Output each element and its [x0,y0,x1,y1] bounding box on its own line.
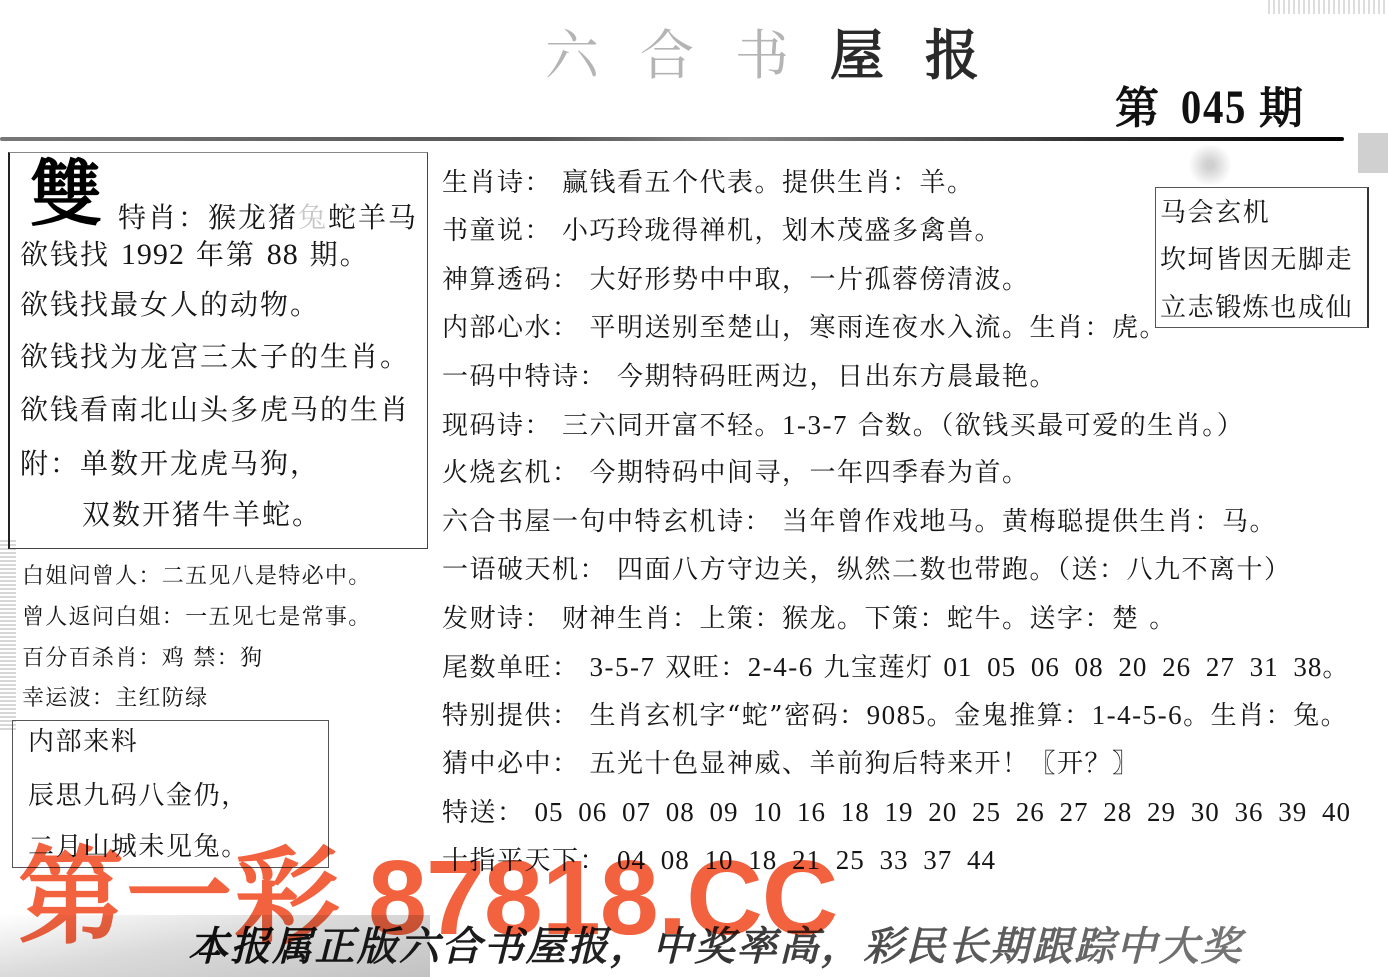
internal-info-line: 辰思九码八金仍， [28,778,249,814]
title-char: 屋 [830,24,882,88]
tip-text: 今期特码中间寻，一年四季春为首。 [590,458,1030,488]
tip-text: 大好形势中中取，一片孤蓉傍清波。 [590,265,1030,295]
tip-digits: 1-4-5-6 [1092,700,1183,730]
watermark-cn: 第一彩 [18,839,342,957]
main-tips-column: 生肖诗：赢钱看五个代表。提供生肖：羊。 书童说：小巧玲珑得禅机，划木茂盛多禽兽。… [442,159,1351,885]
texiao-zodiacs: 猴龙猪 [208,201,298,234]
title-char: 报 [925,24,977,88]
site-watermark: 第一彩87818.CC [18,838,837,958]
tip-text: 平明送别至楚山，寒雨连夜水入流。生肖：虎。 [590,313,1168,343]
tip-line-fortune-poem: 发财诗：财神生肖：上策：猴龙。下策：蛇牛。送字：楚 。 [442,595,1351,643]
tip-line-one-code-poem: 一码中特诗：今期特码旺两边，日出东方晨最艳。 [442,353,1351,401]
year-line-post: 期。 [310,238,370,271]
tip-text: 。生肖：兔。 [1183,701,1348,731]
internal-info-title: 内部来料 [28,724,138,760]
tip-text: 。金鬼推算： [927,701,1092,731]
tip-label: 六合书屋一句中特玄机诗： [442,507,772,537]
title-char: 六 [545,24,597,88]
tip-line-special: 特别提供：生肖玄机字“蛇”密码：9085。金鬼推算：1-4-5-6。生肖：兔。 [442,691,1351,739]
tip-label: 特别提供： [442,701,580,731]
note-line: 白姐问曾人：二五见八是特必中。 [22,562,372,592]
texiao-obscured-char: 兔 [298,201,328,234]
tip-text: 今期特码旺两边，日出东方晨最艳。 [617,362,1057,392]
scan-noise [1358,133,1388,173]
appendix-line: 双数开猪牛羊蛇。 [82,495,322,535]
tip-line-tail-numbers: 尾数单旺：3-5-7 双旺：2-4-6 九宝莲灯 01 05 06 08 20 … [442,643,1351,691]
number-list: 01 05 06 08 20 26 27 31 38 [943,652,1322,682]
tip-text: 双旺： [665,653,748,683]
tip-label: 生肖诗： [442,168,552,198]
year-line-pre: 欲钱找 [20,238,110,271]
watermark-domain: 87818.CC [368,839,837,957]
tip-label: 神算透码： [442,265,580,295]
riddle-line: 欲钱看南北山头多虎马的生肖 [20,390,410,430]
tip-text: 三六同开富不轻。 [562,411,782,441]
newspaper-title: 六 合 书 屋 报 [545,24,977,88]
tip-label: 火烧玄机： [442,458,580,488]
tip-text: 赢钱看五个代表。提供生肖：羊。 [562,168,975,198]
title-char: 书 [735,24,787,88]
header-divider [0,137,1344,141]
tip-line-zodiac-poem: 生肖诗：赢钱看五个代表。提供生肖：羊。 [442,159,1351,207]
tip-label: 一语破天机： [442,555,607,585]
tip-label: 发财诗： [442,604,552,634]
tip-text: 五光十色显神威、羊前狗后特来开！〖开？〗 [590,749,1140,779]
tip-line-bookhouse-poem: 六合书屋一句中特玄机诗：当年曾作戏地马。黄梅聪提供生肖：马。 [442,498,1351,546]
tip-label: 猜中必中： [442,749,580,779]
tip-label: 现码诗： [442,411,552,441]
tip-text: 九宝莲灯 [824,653,934,683]
tip-line-special-send: 特送：05 06 07 08 09 10 16 18 19 20 25 26 2… [442,788,1351,836]
tip-text: 当年曾作戏地马。黄梅聪提供生肖：马。 [782,507,1277,537]
tip-label: 特送： [442,798,525,828]
period-value: 88 [267,238,299,271]
scan-noise [1268,0,1388,14]
note-line: 幸运波：主红防绿 [22,684,208,714]
year-line: 欲钱找 1992 年第 88 期。 [20,235,370,275]
tip-digits: 2-4-6 [748,652,814,682]
tip-text: 财神生肖：上策：猴龙。下策：蛇牛。送字：楚 。 [562,604,1177,634]
tip-line-guess: 猜中必中：五光十色显神威、羊前狗后特来开！〖开？〗 [442,740,1351,788]
tip-line-book-boy: 书童说：小巧玲珑得禅机，划木茂盛多禽兽。 [442,207,1351,255]
year-value: 1992 [121,238,185,271]
note-line: 百分百杀肖：鸡 禁：狗 [22,644,263,674]
number-list: 05 06 07 08 09 10 16 18 19 20 25 26 27 2… [535,797,1352,827]
tip-line-one-phrase: 一语破天机：四面八方守边关，纵然二数也带跑。（送：八九不离十） [442,546,1351,594]
tip-line-fire-mystery: 火烧玄机：今期特码中间寻，一年四季春为首。 [442,449,1351,497]
scan-noise [0,540,16,730]
appendix-line: 附：单数开龙虎马狗， [20,444,320,484]
tip-line-code-poem: 现码诗：三六同开富不轻。1-3-7 合数。（欲钱买最可爱的生肖。） [442,401,1351,449]
big-character: 雙 [30,152,102,236]
tip-digits: 3-5-7 [590,652,656,682]
tip-line-divine-calc: 神算透码：大好形势中中取，一片孤蓉傍清波。 [442,256,1351,304]
issue-value: 045 [1181,80,1247,136]
texiao-zodiacs-rest: 蛇羊马 [328,201,418,234]
title-char: 合 [640,24,692,88]
tip-label: 内部心水： [442,313,580,343]
year-line-mid: 年第 [196,238,256,271]
tip-text: 四面八方守边关，纵然二数也带跑。（送：八九不离十） [617,555,1292,585]
tip-text: 生肖玄机字“蛇”密码： [590,701,867,731]
note-line: 曾人返问白姐：一五见七是常事。 [22,603,372,633]
texiao-line: 特肖：猴龙猪兔蛇羊马 [118,198,418,238]
issue-number: 第045期 [1115,80,1305,137]
tip-text: 。 [1322,653,1350,683]
tip-label: 一码中特诗： [442,362,607,392]
tip-line-inside-pick: 内部心水：平明送别至楚山，寒雨连夜水入流。生肖：虎。 [442,304,1351,352]
issue-prefix: 第 [1115,83,1161,134]
tip-digits: 1-3-7 [782,410,848,440]
riddle-line: 欲钱找最女人的动物。 [20,285,320,325]
tip-text: 合数。（欲钱买最可爱的生肖。） [858,411,1245,441]
riddle-line: 欲钱找为龙宫三太子的生肖。 [20,337,410,377]
tip-label: 书童说： [442,216,552,246]
tip-digits: 9085 [867,700,927,730]
texiao-label: 特肖： [118,201,208,234]
tip-text: 小巧玲珑得禅机，划木茂盛多禽兽。 [562,216,1002,246]
issue-suffix: 期 [1259,83,1305,134]
tip-label: 尾数单旺： [442,653,580,683]
